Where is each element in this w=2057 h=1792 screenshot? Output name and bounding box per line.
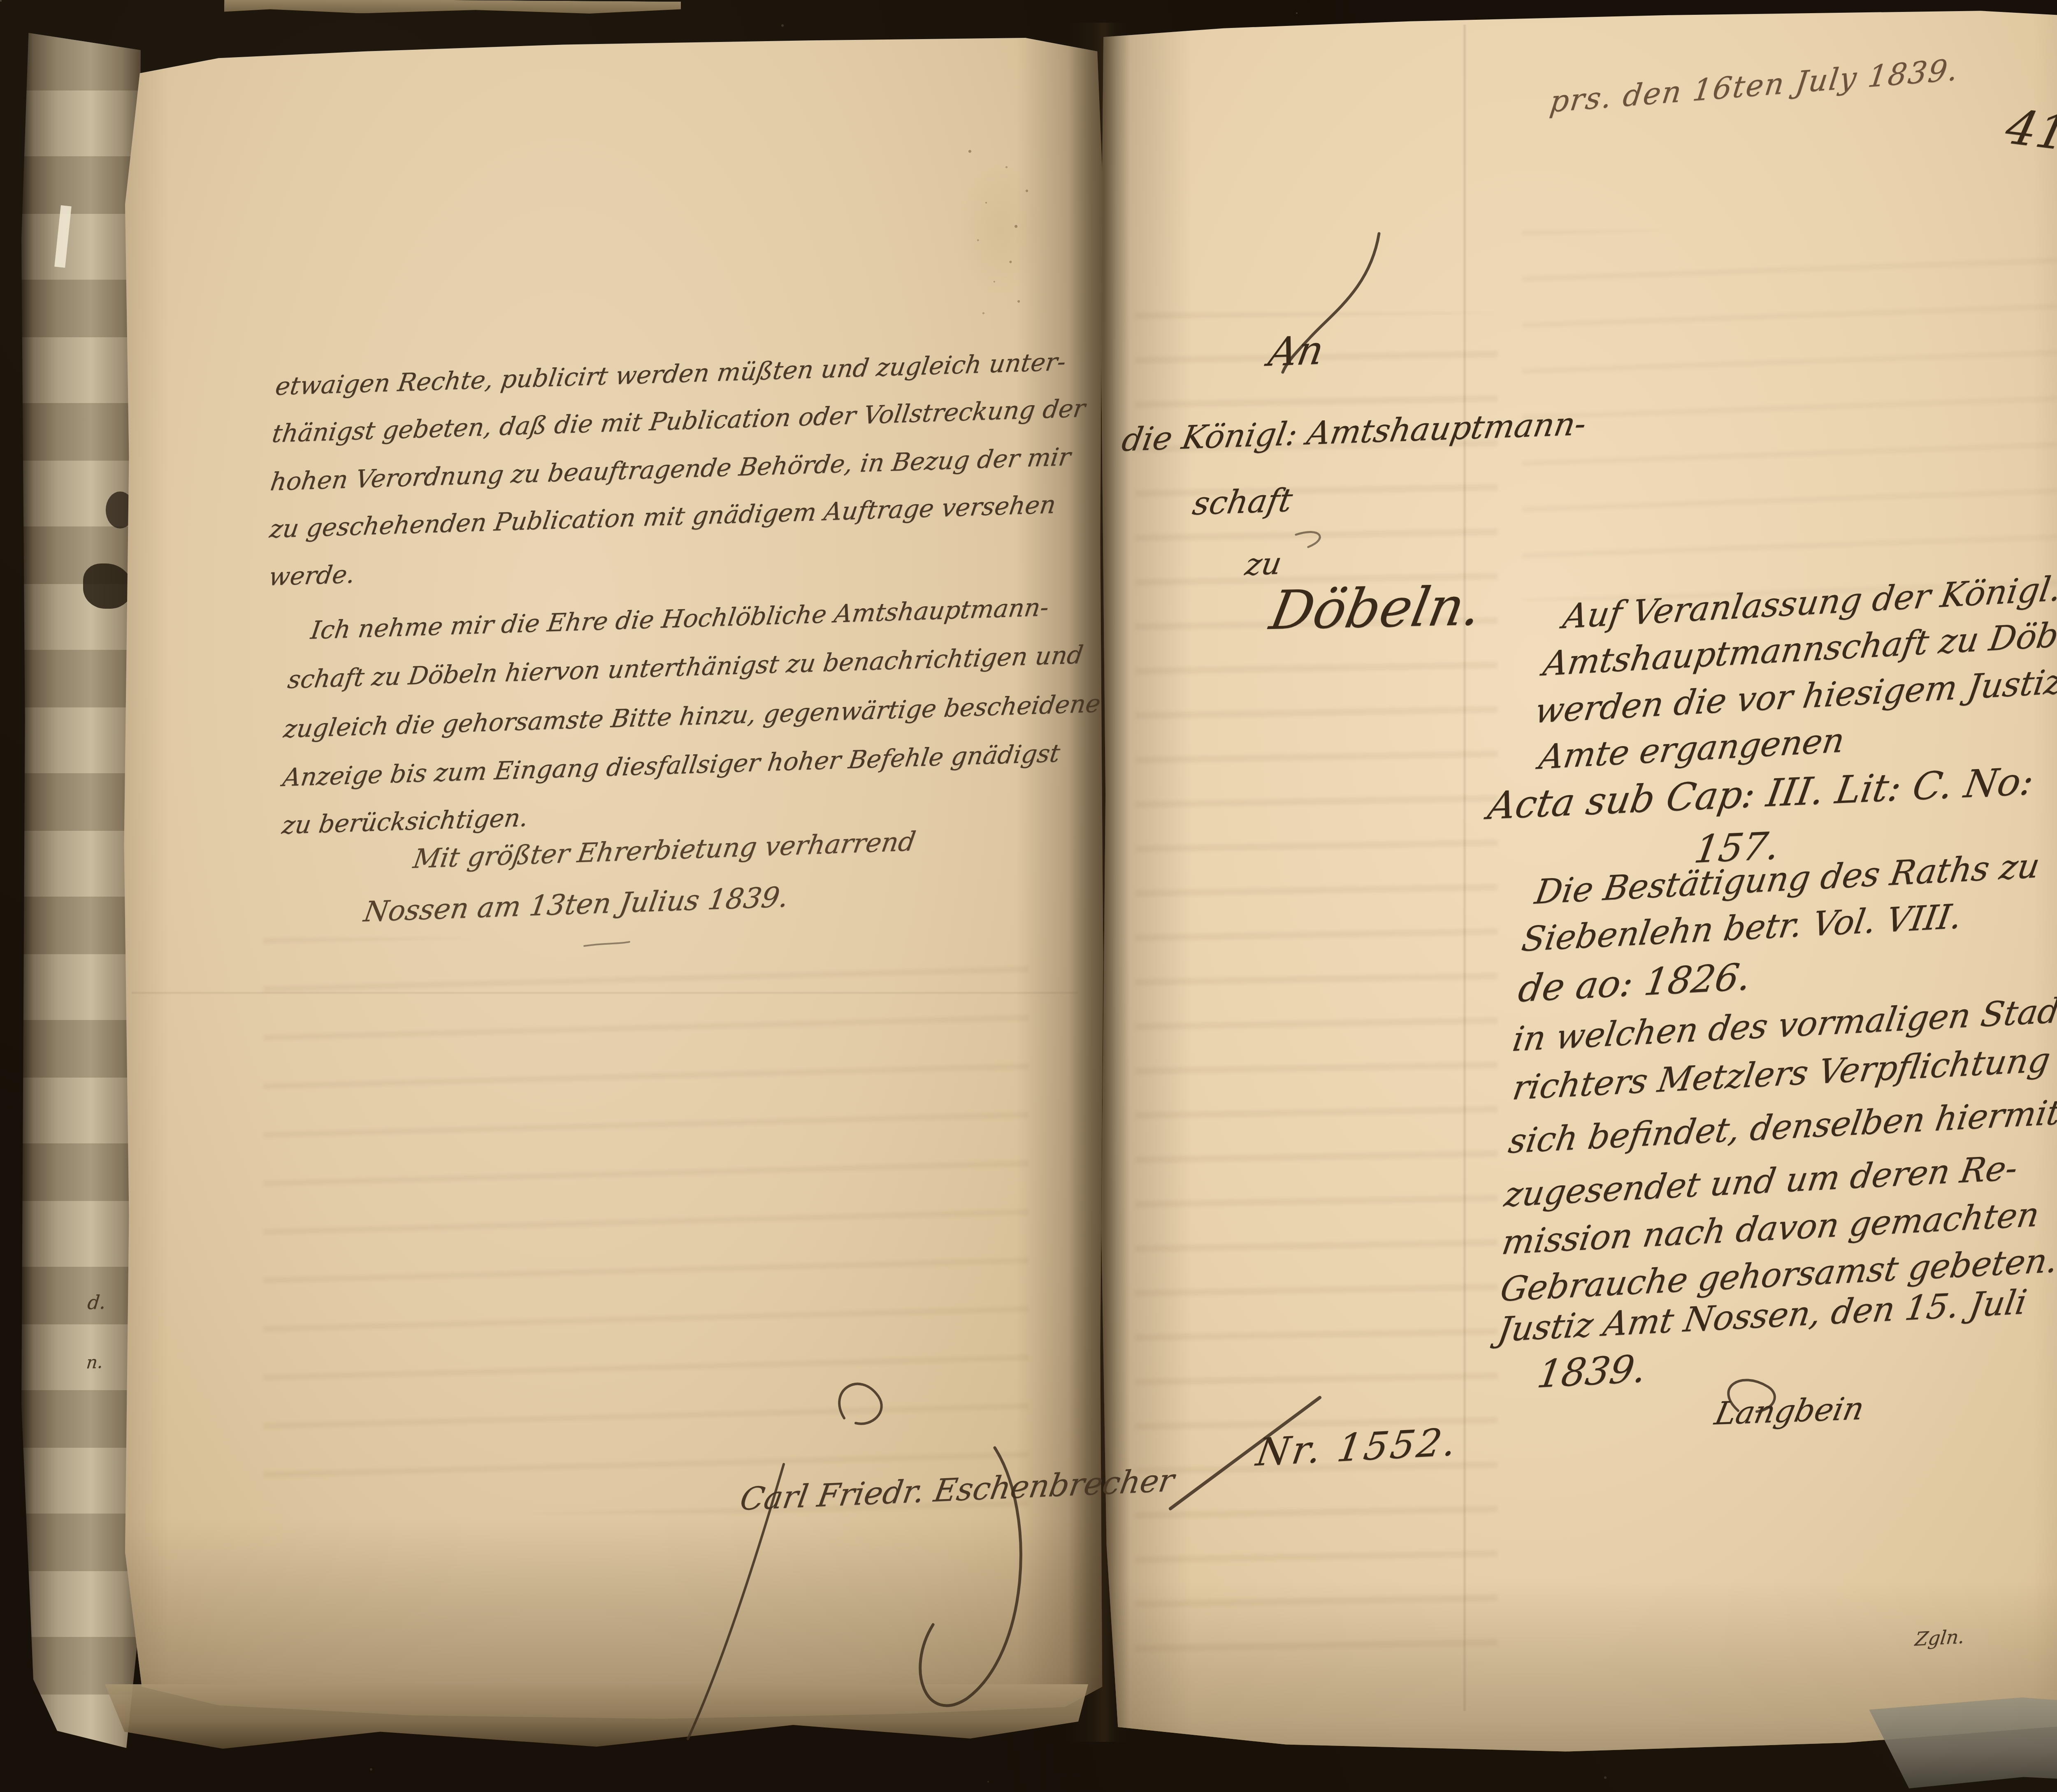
background-dust: [0, 0, 2, 2]
address-line: Döbeln.: [1265, 575, 1486, 642]
book-block-bottom-edge: [105, 1684, 1088, 1752]
crease-line: [132, 991, 1078, 995]
body-line: 1839.: [1534, 1347, 1649, 1397]
margin-stub-mark: n.: [85, 1352, 104, 1372]
manuscript-scan: etwaigen Rechte, publicirt werden müßten…: [0, 0, 2057, 1792]
stub-shadow: [83, 563, 132, 609]
address-line: zu: [1242, 546, 1284, 583]
address-line: An: [1265, 327, 1327, 375]
margin-stub-mark: d.: [86, 1291, 107, 1314]
page-edge-top-sliver: [224, 0, 681, 16]
foxing-stain: [932, 132, 1068, 329]
crease-line: [1463, 25, 1467, 1711]
address-line: schaft: [1190, 482, 1295, 522]
left-paragraph1-line: werde.: [267, 560, 357, 591]
paper-sliver: [54, 205, 72, 268]
torn-page-stubs-left: [21, 33, 141, 1748]
corner-note: Zgln.: [1914, 1625, 1966, 1650]
clerk-signature: Langbein: [1711, 1390, 1867, 1432]
